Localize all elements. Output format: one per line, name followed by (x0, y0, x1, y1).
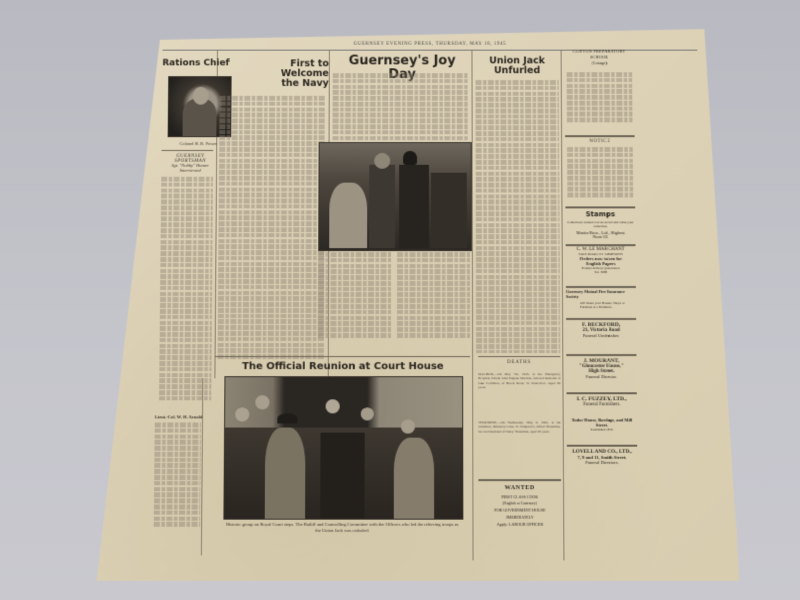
joy-day-body-text-bottom (318, 252, 470, 350)
clifton-school-ad: CLIFTON PREPARATORY SCHOOL (Cottage) (565, 49, 634, 66)
court-house-group-photo (223, 376, 463, 520)
wanted-ad-title: WANTED (478, 485, 561, 491)
liaison-subhead: Lieut.-Col. W. H. Arnold (155, 414, 207, 419)
union-jack-headline: Union Jack Unfurled (475, 57, 558, 77)
notice-title: NOTICE (565, 139, 635, 144)
le-marchant-ad: C. W. LE MARCHANT VALE ROAD, ST. SAMPSON… (566, 247, 636, 274)
lovell-ad: LOVELL AND CO., LTD., 7, 9 and 11, Smith… (567, 449, 638, 465)
joy-day-crowd-photo (318, 142, 472, 251)
officer-right (394, 438, 434, 519)
reunion-caption: Historic group on Royal Court steps. The… (223, 522, 461, 534)
rations-headline-left: Rations Chief (162, 59, 229, 68)
stamps-ad: Stamps Collections wanted. Let us record… (565, 210, 635, 239)
newspaper-page: GUERNSEY EVENING PRESS, THURSDAY, MAY 10… (97, 29, 740, 581)
portrait-head (193, 87, 209, 105)
joy-day-body-text-top (333, 73, 468, 140)
bailiff (320, 433, 365, 519)
deaths-entry-machon: MACHON.—On May 7th, 1945, at the Emergen… (478, 372, 560, 418)
rations-headline-right: First to Welcome the Navy (269, 59, 329, 88)
officer-left (265, 428, 306, 519)
wanted-ad: WANTED FIRST CLASS COOK (English or Guer… (478, 485, 561, 527)
navy-body-text (217, 96, 324, 374)
policeman-helmet (403, 151, 417, 165)
fuzzey-ad: I. C. FUZZEY, LTD., Funeral Furnishers. … (567, 396, 638, 431)
beckford-ad: F. BECKFORD, 21, Victoria Road Funeral U… (566, 322, 636, 338)
officer-cap-left (277, 413, 297, 423)
sportsman-body-text (159, 177, 213, 402)
mourant-ad: J. MOURANT, "Gloucester House," High Str… (566, 358, 636, 379)
deaths-title: DEATHS (478, 360, 560, 365)
reunion-headline: The Official Reunion at Court House (217, 362, 468, 373)
notice-body (567, 147, 633, 198)
clifton-school-body (567, 72, 633, 123)
union-jack-body-text (476, 80, 561, 353)
sportsman-subhead: Sgt. "Nobby" Hunter Interviewed (165, 163, 215, 173)
liaison-body-text (154, 422, 201, 533)
deaths-entry-thoumine: THOUMINE.—On Wednesday, May 9, 1945, at … (478, 420, 561, 471)
mutual-insurance-ad: Guernsey Mutual Fire Insurance Society w… (566, 289, 636, 309)
